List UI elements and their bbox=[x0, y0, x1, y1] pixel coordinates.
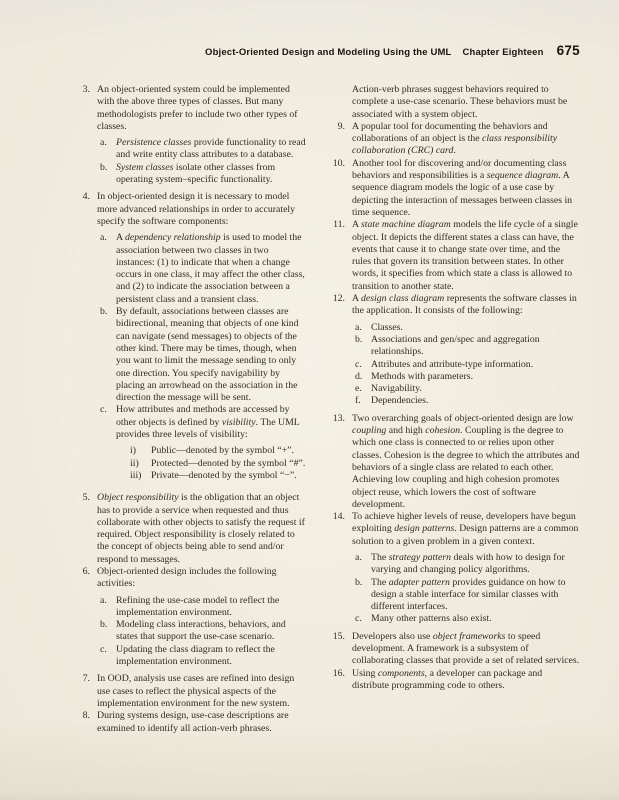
sublist-item-label: b. bbox=[100, 619, 116, 644]
sublist-item: a.Refining the use-case model to reflect… bbox=[100, 595, 307, 620]
item-number: 10. bbox=[319, 158, 352, 219]
item-text: A state machine diagram models the life … bbox=[352, 219, 580, 293]
sublist-item-text: System classes isolate other classes fro… bbox=[116, 162, 307, 187]
page-content: 3.An object-oriented system could be imp… bbox=[0, 84, 580, 735]
column-left: 3.An object-oriented system could be imp… bbox=[64, 84, 307, 735]
item-number: 3. bbox=[64, 84, 97, 191]
list-item: 12.A design class diagram represents the… bbox=[319, 293, 580, 413]
list-item: 13.Two overarching goals of object-orien… bbox=[319, 413, 580, 511]
item-number: 12. bbox=[319, 293, 352, 413]
sublist-item-text: A dependency relationship is used to mod… bbox=[116, 232, 307, 306]
running-head-chapter: Chapter Eighteen bbox=[463, 47, 544, 58]
item-number: 11. bbox=[319, 219, 352, 293]
sublist-item-label: c. bbox=[355, 359, 371, 371]
sublist-item-label: f. bbox=[355, 395, 371, 407]
page-header: Object-Oriented Design and Modeling Usin… bbox=[0, 43, 580, 58]
sublist-item-text: Many other patterns also exist. bbox=[371, 613, 580, 625]
item-text: Two overarching goals of object-oriented… bbox=[352, 413, 580, 511]
sublist-item: a.The strategy pattern deals with how to… bbox=[355, 552, 580, 577]
list-item: 11.A state machine diagram models the li… bbox=[319, 219, 580, 293]
sublist-item-text: Dependencies. bbox=[371, 395, 580, 407]
column-right: Action-verb phrases suggest behaviors re… bbox=[319, 84, 580, 735]
sublist-item-text: Updating the class diagram to reflect th… bbox=[116, 644, 307, 669]
letter-sublist: a.Refining the use-case model to reflect… bbox=[100, 595, 307, 669]
list-item: 10.Another tool for discovering and/or d… bbox=[319, 158, 580, 219]
sublist-item-label: d. bbox=[355, 371, 371, 383]
sublist-item: b.System classes isolate other classes f… bbox=[100, 162, 307, 187]
item-text: Another tool for discovering and/or docu… bbox=[352, 158, 580, 219]
sublist-item: c.Updating the class diagram to reflect … bbox=[100, 644, 307, 669]
letter-sublist: a.Persistence classes provide functional… bbox=[100, 137, 307, 186]
list-item: 16.Using components, a developer can pac… bbox=[319, 668, 580, 693]
sublist-item-label: b. bbox=[100, 162, 116, 187]
item-number: 9. bbox=[319, 121, 352, 158]
sublist-item-text: Classes. bbox=[371, 322, 580, 334]
item-text: A popular tool for documenting the behav… bbox=[352, 121, 580, 158]
sublist-item: b.Associations and gen/spec and aggregat… bbox=[355, 334, 580, 359]
roman-sublist: i)Public—denoted by the symbol “+”.ii)Pr… bbox=[130, 445, 307, 482]
item-number: 15. bbox=[319, 631, 352, 668]
item-number: 16. bbox=[319, 668, 352, 693]
sublist-item-text: Associations and gen/spec and aggregatio… bbox=[371, 334, 580, 359]
item-text: In OOD, analysis use cases are refined i… bbox=[97, 673, 307, 710]
sublist-item-text: How attributes and methods are accessed … bbox=[116, 404, 307, 487]
sublist-item: b.By default, associations between class… bbox=[100, 306, 307, 404]
item-text: During systems design, use-case descript… bbox=[97, 710, 307, 735]
sublist-item-label: b. bbox=[355, 577, 371, 614]
sublist-item: b.Modeling class interactions, behaviors… bbox=[100, 619, 307, 644]
list-item: 6.Object-oriented design includes the fo… bbox=[64, 566, 307, 673]
sublist-item-text: Navigability. bbox=[371, 383, 580, 395]
sublist-item: ii)Protected—denoted by the symbol “#”. bbox=[130, 458, 307, 470]
item-text: An object-oriented system could be imple… bbox=[97, 84, 307, 191]
item-text: Object-oriented design includes the foll… bbox=[97, 566, 307, 673]
sublist-item-label: c. bbox=[355, 613, 371, 625]
item-number: 5. bbox=[64, 492, 97, 566]
sublist-item-label: i) bbox=[130, 445, 151, 457]
item-text: Using components, a developer can packag… bbox=[352, 668, 580, 693]
item-number: 13. bbox=[319, 413, 352, 511]
list-item: 8.During systems design, use-case descri… bbox=[64, 710, 307, 735]
book-page: Object-Oriented Design and Modeling Usin… bbox=[0, 0, 619, 800]
page-number: 675 bbox=[557, 43, 580, 58]
sublist-item-text: Methods with parameters. bbox=[371, 371, 580, 383]
running-head-title: Object-Oriented Design and Modeling Usin… bbox=[205, 47, 451, 58]
item-number: 6. bbox=[64, 566, 97, 673]
list-item: 4.In object-oriented design it is necess… bbox=[64, 191, 307, 492]
sublist-item: a.Persistence classes provide functional… bbox=[100, 137, 307, 162]
sublist-item-label: b. bbox=[100, 306, 116, 404]
sublist-item: d.Methods with parameters. bbox=[355, 371, 580, 383]
sublist-item-text: Attributes and attribute-type informatio… bbox=[371, 359, 580, 371]
sublist-item-text: Protected—denoted by the symbol “#”. bbox=[151, 458, 307, 470]
item-number bbox=[319, 84, 352, 121]
sublist-item-text: Persistence classes provide functionalit… bbox=[116, 137, 307, 162]
sublist-item: a.A dependency relationship is used to m… bbox=[100, 232, 307, 306]
item-text: Action-verb phrases suggest behaviors re… bbox=[352, 84, 580, 121]
sublist-item: iii)Private—denoted by the symbol “−”. bbox=[130, 470, 307, 482]
item-text: In object-oriented design it is necessar… bbox=[97, 191, 307, 492]
sublist-item: b.The adapter pattern provides guidance … bbox=[355, 577, 580, 614]
sublist-item: a.Classes. bbox=[355, 322, 580, 334]
sublist-item-label: a. bbox=[100, 137, 116, 162]
list-item: 7.In OOD, analysis use cases are refined… bbox=[64, 673, 307, 710]
sublist-item: c.How attributes and methods are accesse… bbox=[100, 404, 307, 487]
sublist-item-text: By default, associations between classes… bbox=[116, 306, 307, 404]
list-item: 15.Developers also use object frameworks… bbox=[319, 631, 580, 668]
sublist-item-label: a. bbox=[355, 552, 371, 577]
sublist-item-text: Refining the use-case model to reflect t… bbox=[116, 595, 307, 620]
letter-sublist: a.Classes.b.Associations and gen/spec an… bbox=[355, 322, 580, 408]
sublist-item: e.Navigability. bbox=[355, 383, 580, 395]
item-text: To achieve higher levels of reuse, devel… bbox=[352, 511, 580, 631]
item-text: Object responsibility is the obligation … bbox=[97, 492, 307, 566]
sublist-item-label: ii) bbox=[130, 458, 151, 470]
item-text: Developers also use object frameworks to… bbox=[352, 631, 580, 668]
item-number: 14. bbox=[319, 511, 352, 631]
list-item: 9.A popular tool for documenting the beh… bbox=[319, 121, 580, 158]
sublist-item-text: Private—denoted by the symbol “−”. bbox=[151, 470, 307, 482]
sublist-item-text: Modeling class interactions, behaviors, … bbox=[116, 619, 307, 644]
sublist-item-label: b. bbox=[355, 334, 371, 359]
item-number: 7. bbox=[64, 673, 97, 710]
sublist-item-label: a. bbox=[100, 595, 116, 620]
sublist-item-text: Public—denoted by the symbol “+”. bbox=[151, 445, 307, 457]
list-item: Action-verb phrases suggest behaviors re… bbox=[319, 84, 580, 121]
item-text: A design class diagram represents the so… bbox=[352, 293, 580, 413]
sublist-item-label: c. bbox=[100, 644, 116, 669]
sublist-item-text: The adapter pattern provides guidance on… bbox=[371, 577, 580, 614]
sublist-item-label: c. bbox=[100, 404, 116, 487]
letter-sublist: a.A dependency relationship is used to m… bbox=[100, 232, 307, 487]
letter-sublist: a.The strategy pattern deals with how to… bbox=[355, 552, 580, 626]
list-item: 3.An object-oriented system could be imp… bbox=[64, 84, 307, 191]
sublist-item: i)Public—denoted by the symbol “+”. bbox=[130, 445, 307, 457]
item-number: 4. bbox=[64, 191, 97, 492]
sublist-item: f.Dependencies. bbox=[355, 395, 580, 407]
item-number: 8. bbox=[64, 710, 97, 735]
list-item: 14.To achieve higher levels of reuse, de… bbox=[319, 511, 580, 631]
sublist-item-label: e. bbox=[355, 383, 371, 395]
sublist-item: c.Many other patterns also exist. bbox=[355, 613, 580, 625]
sublist-item-label: a. bbox=[355, 322, 371, 334]
list-item: 5.Object responsibility is the obligatio… bbox=[64, 492, 307, 566]
sublist-item-text: The strategy pattern deals with how to d… bbox=[371, 552, 580, 577]
sublist-item-label: a. bbox=[100, 232, 116, 306]
sublist-item-label: iii) bbox=[130, 470, 151, 482]
sublist-item: c.Attributes and attribute-type informat… bbox=[355, 359, 580, 371]
